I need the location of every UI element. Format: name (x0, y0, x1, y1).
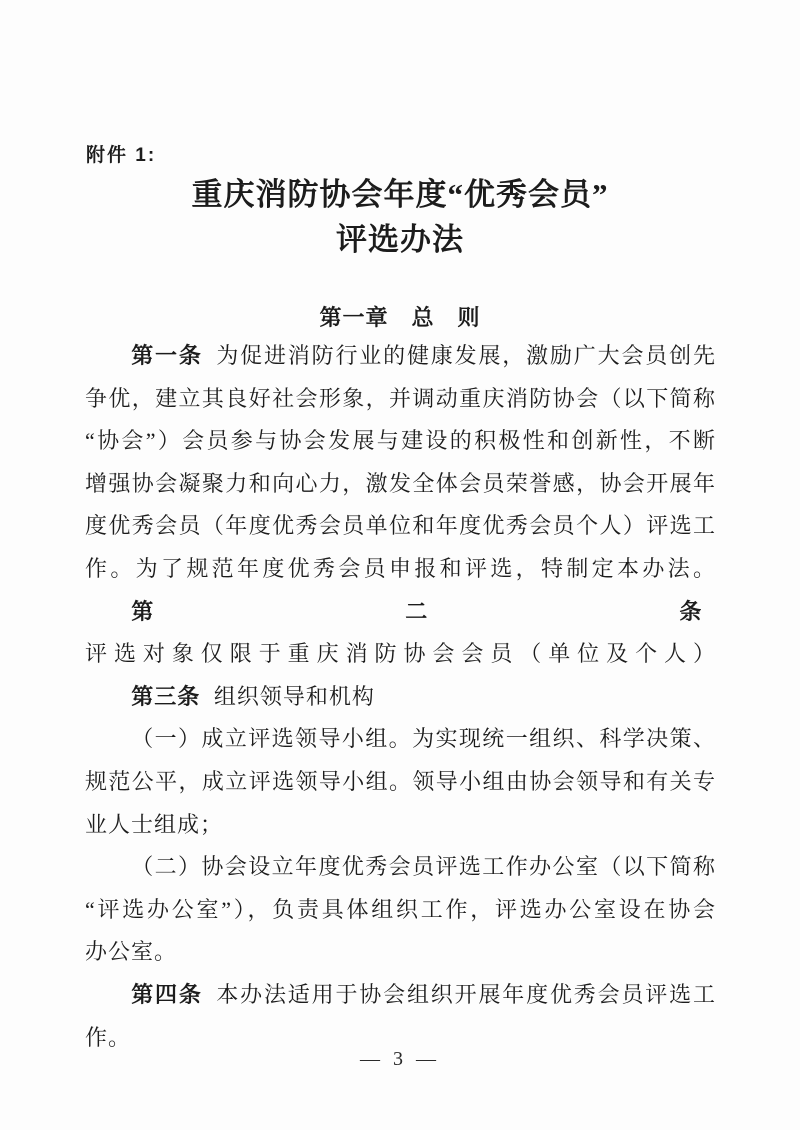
body-line: 第二条评选对象仅限于重庆消防协会会员（单位及个人） (85, 591, 716, 676)
body-line-text: 为促进消防行业的健康发展，激励广大会员创先 (216, 343, 716, 368)
body-line-text: （一）成立评选领导小组。为实现统一组织、科学决策、 (131, 726, 716, 751)
body-line-text: 业人士组成； (85, 812, 223, 837)
body-line: 第三条组织领导和机构 (85, 676, 716, 719)
document-title: 重庆消防协会年度“优秀会员” 评选办法 (84, 172, 716, 262)
body-line-text: 组织领导和机构 (214, 684, 375, 709)
body-line-text: 作。为了规范年度优秀会员申报和评选，特制定本办法。 (85, 556, 716, 581)
body-line: 增强协会凝聚力和向心力，激发全体会员荣誉感，协会开展年 (85, 463, 716, 506)
document-page: 附件 1: 重庆消防协会年度“优秀会员” 评选办法 第一章 总 则 第一条为促进… (0, 0, 800, 1130)
body-line: 作。为了规范年度优秀会员申报和评选，特制定本办法。 (85, 548, 716, 591)
body-line-text: 度优秀会员（年度优秀会员单位和年度优秀会员个人）评选工 (85, 513, 716, 538)
body-line-text: 规范公平，成立评选领导小组。领导小组由协会领导和有关专 (85, 769, 716, 794)
body-line: 规范公平，成立评选领导小组。领导小组由协会领导和有关专 (85, 761, 716, 804)
body-line-text: 评选对象仅限于重庆消防协会会员（单位及个人） (85, 641, 716, 666)
body-line: （二）协会设立年度优秀会员评选工作办公室（以下简称 (85, 846, 716, 889)
page-number: — 3 — (0, 1048, 800, 1071)
body-line: （一）成立评选领导小组。为实现统一组织、科学决策、 (85, 718, 716, 761)
body-line-text: 办公室。 (85, 939, 177, 964)
body-line: 办公室。 (85, 931, 716, 974)
body-line-text: 争优，建立其良好社会形象，并调动重庆消防协会（以下简称 (85, 386, 716, 411)
article-number: 第一条 (131, 343, 203, 368)
body-line: 度优秀会员（年度优秀会员单位和年度优秀会员个人）评选工 (85, 505, 716, 548)
attachment-label: 附件 1: (86, 140, 156, 167)
body-line-text: 本办法适用于协会组织开展年度优秀会员评选工 (216, 982, 716, 1007)
article-number: 第二条 (131, 599, 702, 624)
document-title-line-2: 评选办法 (84, 217, 716, 262)
body-line: 第一条为促进消防行业的健康发展，激励广大会员创先 (85, 335, 716, 378)
body-line-text: （二）协会设立年度优秀会员评选工作办公室（以下简称 (131, 854, 716, 879)
body-line: “评选办公室”），负责具体组织工作，评选办公室设在协会 (85, 889, 716, 932)
body-line-text: 作。 (85, 1025, 131, 1050)
document-body: 第一条为促进消防行业的健康发展，激励广大会员创先 争优，建立其良好社会形象，并调… (85, 335, 716, 1059)
body-line-text: “评选办公室”），负责具体组织工作，评选办公室设在协会 (85, 897, 716, 922)
article-number: 第三条 (131, 684, 200, 709)
body-line: “协会”）会员参与协会发展与建设的积极性和创新性，不断 (85, 420, 716, 463)
body-line: 争优，建立其良好社会形象，并调动重庆消防协会（以下简称 (85, 378, 716, 421)
body-line-text: 增强协会凝聚力和向心力，激发全体会员荣誉感，协会开展年 (85, 471, 716, 496)
article-number: 第四条 (131, 982, 203, 1007)
chapter-heading: 第一章 总 则 (84, 303, 716, 333)
body-line-text: “协会”）会员参与协会发展与建设的积极性和创新性，不断 (85, 428, 716, 453)
body-line: 第四条本办法适用于协会组织开展年度优秀会员评选工 (85, 974, 716, 1017)
body-line: 业人士组成； (85, 804, 716, 847)
document-title-line-1: 重庆消防协会年度“优秀会员” (84, 172, 716, 217)
